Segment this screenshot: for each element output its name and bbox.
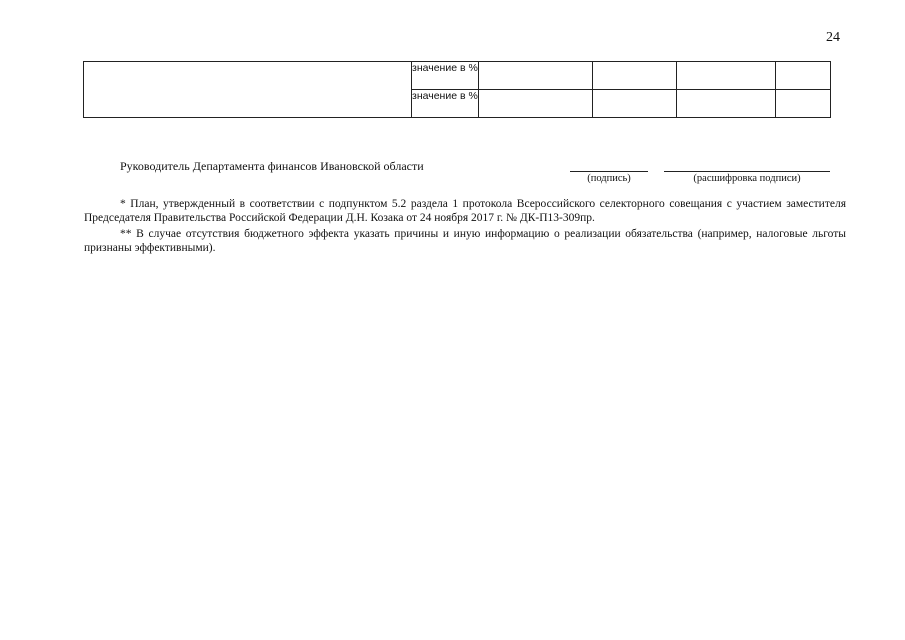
row-label: значение в % xyxy=(412,90,479,118)
signature-decode-caption: (расшифровка подписи) xyxy=(664,171,830,184)
footnote-text: * План, утвержденный в соответствии с по… xyxy=(84,197,846,225)
table-cell xyxy=(593,62,677,90)
indicator-table: значение в % значение в % xyxy=(83,61,831,118)
merged-empty-cell xyxy=(84,62,412,118)
table-cell xyxy=(593,90,677,118)
footnote-text: ** В случае отсутствия бюджетного эффект… xyxy=(84,227,846,255)
signature-caption: (подпись) xyxy=(570,171,648,184)
table-cell xyxy=(776,62,831,90)
page-number: 24 xyxy=(826,30,840,46)
footnote-2: ** В случае отсутствия бюджетного эффект… xyxy=(84,227,846,255)
table-cell xyxy=(479,62,593,90)
table-cell xyxy=(677,90,776,118)
table-cell xyxy=(776,90,831,118)
row-label: значение в % xyxy=(412,62,479,90)
table-row: значение в % xyxy=(84,62,831,90)
table-cell xyxy=(677,62,776,90)
footnote-1: * План, утвержденный в соответствии с по… xyxy=(84,197,846,225)
signatory-position: Руководитель Департамента финансов Ивано… xyxy=(120,159,424,174)
table-cell xyxy=(479,90,593,118)
